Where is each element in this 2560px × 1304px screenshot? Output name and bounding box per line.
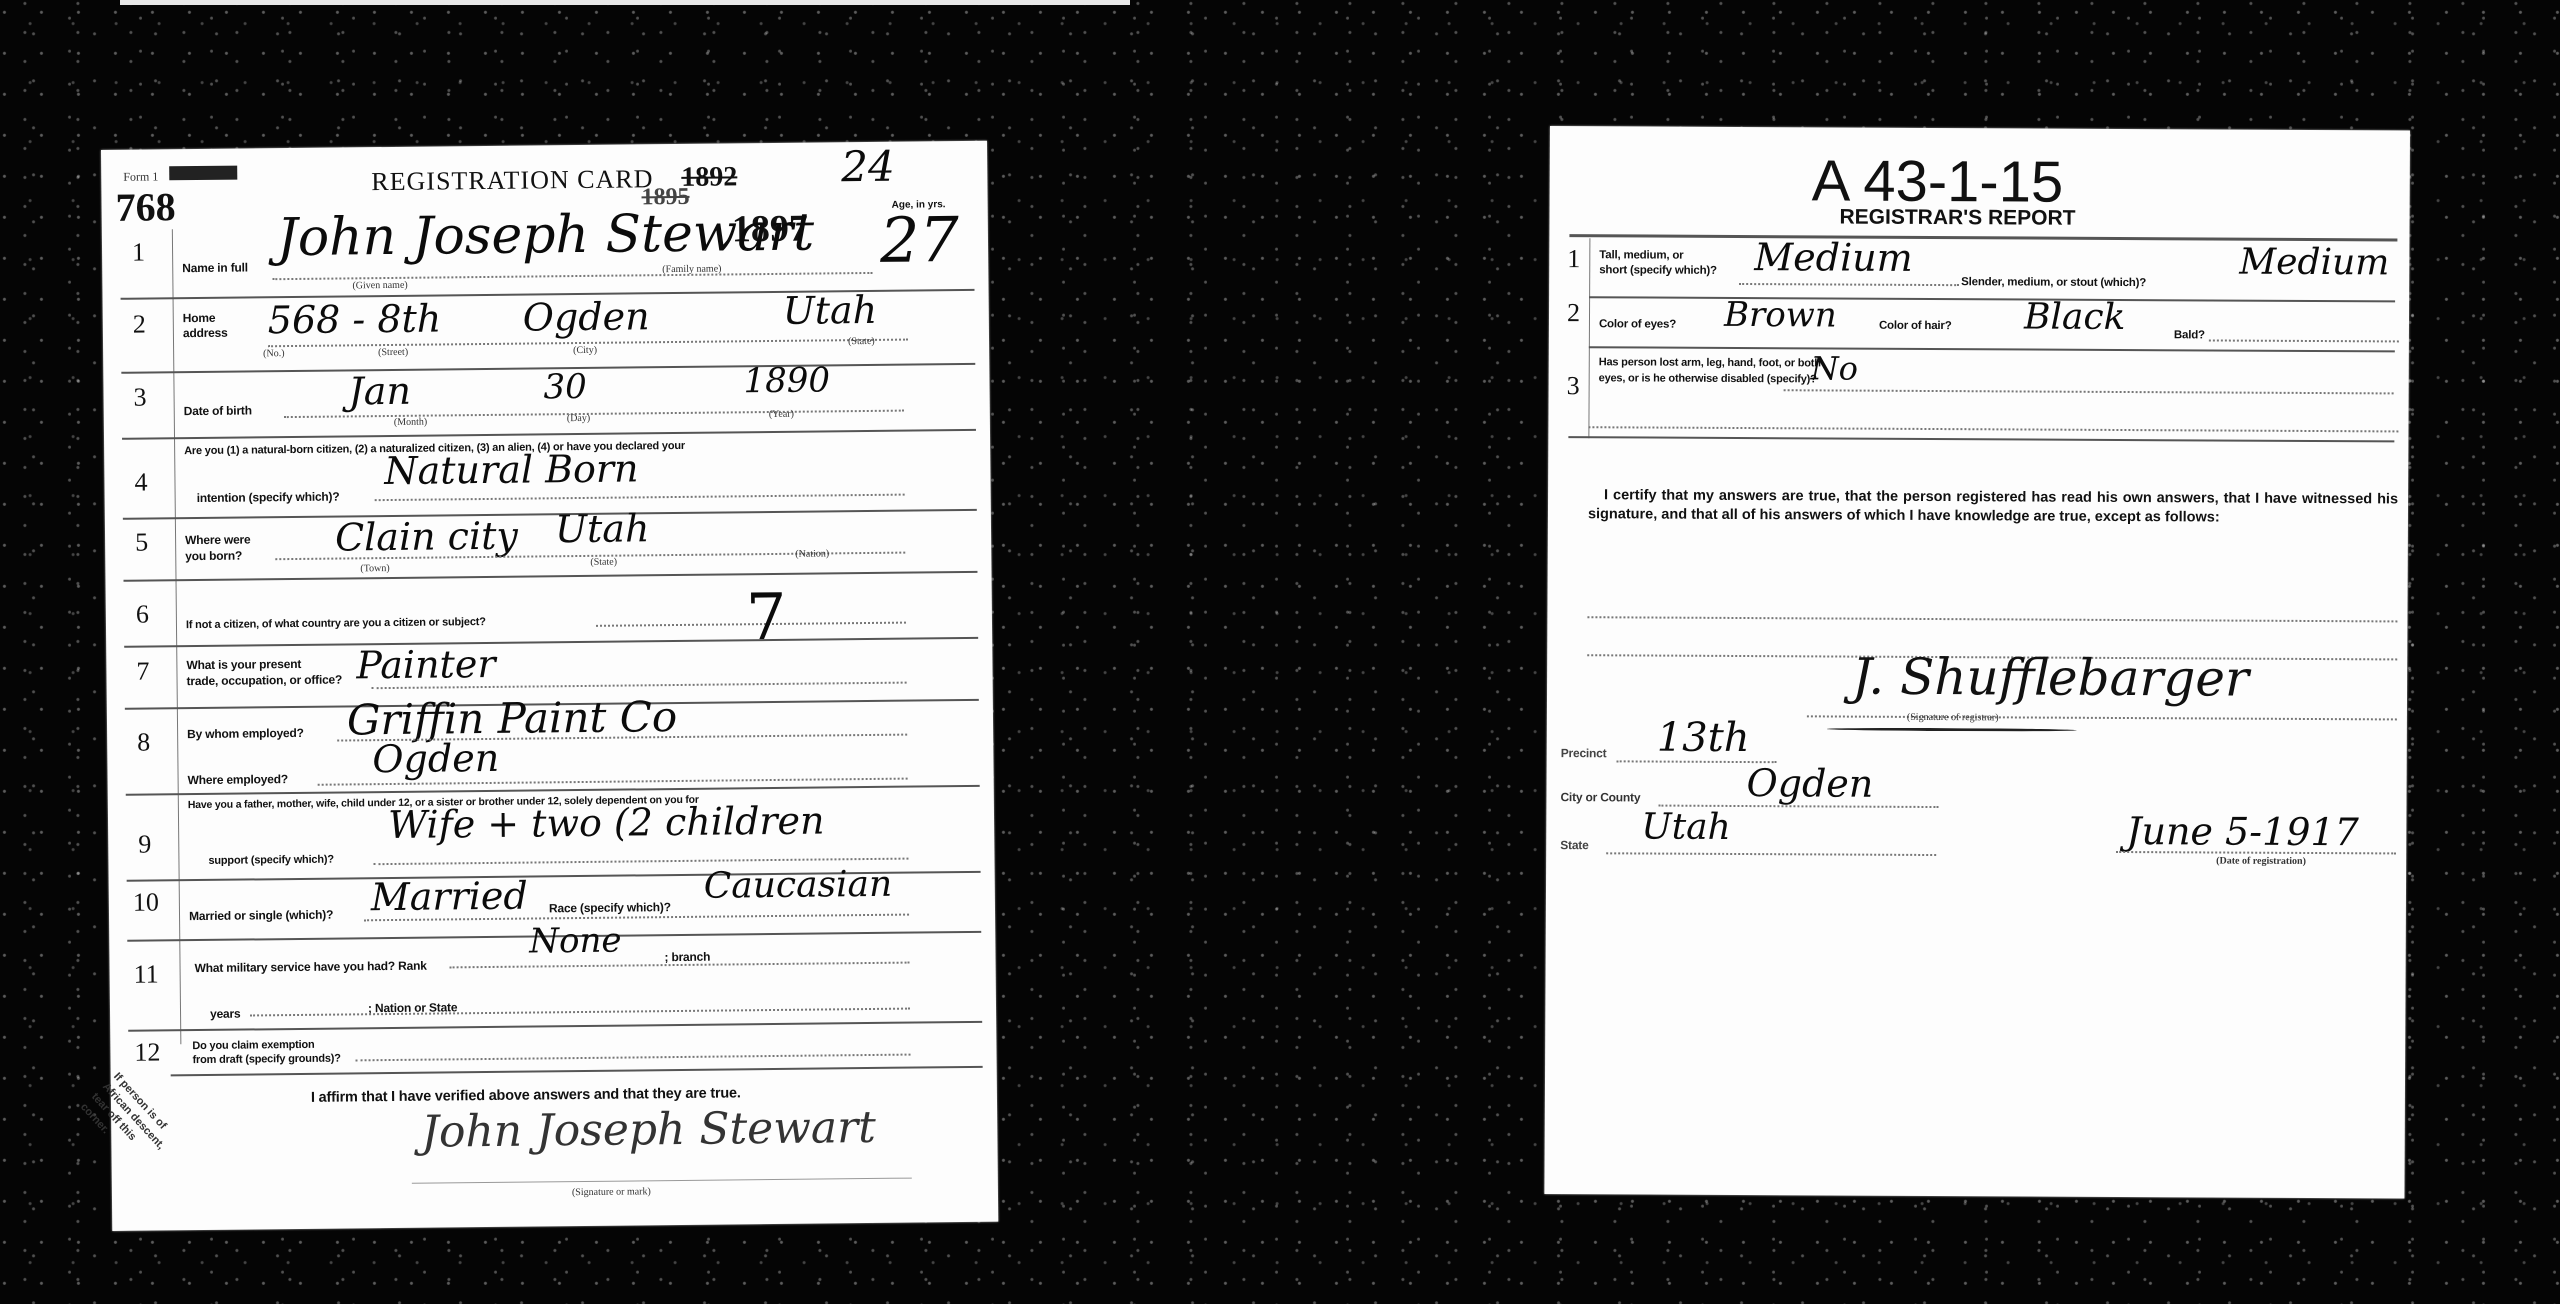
serial-number: 768 xyxy=(115,183,175,231)
military-rank-value: None xyxy=(529,921,622,962)
address-number-value: 568 - 8th xyxy=(268,296,442,342)
registrant-signature: John Joseph Stewart xyxy=(421,1102,876,1158)
address-label: Homeaddress xyxy=(183,311,228,341)
age-value: 27 xyxy=(880,203,960,277)
struck-year: 1892 xyxy=(681,161,737,194)
registration-card: Form 1 768 REGISTRATION CARD 1892 1895 2… xyxy=(101,141,998,1231)
state-label: State xyxy=(1560,838,1588,852)
city-county-label: City or County xyxy=(1560,790,1640,804)
branch-label: ; branch xyxy=(664,950,710,964)
birthplace-label: Where wereyou born? xyxy=(185,531,251,564)
address-state-value: Utah xyxy=(782,288,877,333)
corner-note: If person is of African descent, tear of… xyxy=(76,1070,178,1174)
card-title: REGISTRATION CARD xyxy=(371,164,653,197)
employer-label: By whom employed? xyxy=(187,726,304,741)
adjacent-card-edge xyxy=(120,0,1130,5)
dob-year-value: 1890 xyxy=(743,360,830,401)
birthplace-town-value: Clain city xyxy=(335,514,518,560)
occupation-value: Painter xyxy=(356,642,496,687)
affirmation-text: I affirm that I have verified above answ… xyxy=(311,1085,741,1106)
marital-status-label: Married or single (which)? xyxy=(189,908,333,924)
precinct-value: 13th xyxy=(1657,715,1750,761)
name-value: John Joseph Stewart xyxy=(277,203,815,269)
race-label: Race (specify which)? xyxy=(549,900,671,915)
registrar-caption: (Signature of registrar) xyxy=(1907,712,1999,723)
height-label: Tall, medium, orshort (specify which)? xyxy=(1599,248,1717,279)
height-value: Medium xyxy=(1754,235,1913,280)
report-title: REGISTRAR'S REPORT xyxy=(1839,206,2075,231)
military-service-label: What military service have you had? Rank xyxy=(194,959,426,975)
occupation-label: What is your presenttrade, occupation, o… xyxy=(186,656,342,690)
hair-color-value: Black xyxy=(2024,296,2126,338)
city-county-value: Ogden xyxy=(1746,761,1873,806)
dob-day-value: 30 xyxy=(543,367,587,407)
address-city-value: Ogden xyxy=(523,294,650,339)
signature-underline xyxy=(1827,727,2077,731)
dob-month-value: Jan xyxy=(348,369,411,414)
exemption-label: Do you claim exemptionfrom draft (specif… xyxy=(192,1038,341,1068)
margin-line xyxy=(172,229,182,1044)
signature-caption: (Signature or mark) xyxy=(572,1186,651,1198)
hair-color-label: Color of hair? xyxy=(1879,320,1952,332)
build-label: Slender, medium, or stout (which)? xyxy=(1961,276,2146,289)
state-value: Utah xyxy=(1641,806,1731,847)
employment-place-value: Ogden xyxy=(372,736,499,781)
precinct-label: Precinct xyxy=(1561,746,1607,760)
marital-status-value: Married xyxy=(371,874,528,920)
race-value: Caucasian xyxy=(704,864,893,907)
handwritten-age-note: 24 xyxy=(841,142,895,192)
eye-color-value: Brown xyxy=(1724,295,1837,336)
dob-label: Date of birth xyxy=(184,403,252,418)
birthplace-state-value: Utah xyxy=(555,506,650,551)
disability-value: No xyxy=(1811,349,1858,387)
build-value: Medium xyxy=(2239,242,2389,284)
disability-label: Has person lost arm, leg, hand, foot, or… xyxy=(1599,354,1821,387)
years-label: years xyxy=(210,1007,241,1021)
registrar-report-card: A 43-1-15 REGISTRAR'S REPORT 1 Tall, med… xyxy=(1544,126,2410,1198)
field-number: 1 xyxy=(132,238,145,268)
employment-place-label: Where employed? xyxy=(188,772,289,787)
citizenship-value: Natural Born xyxy=(384,446,639,493)
bald-label: Bald? xyxy=(2174,329,2205,341)
struck-out-number xyxy=(169,166,237,181)
registration-date-caption: (Date of registration) xyxy=(2216,855,2306,866)
tally-mark: 7 xyxy=(746,581,787,655)
eye-color-label: Color of eyes? xyxy=(1599,318,1676,330)
certification-text: I certify that my answers are true, that… xyxy=(1588,486,2398,528)
foreign-citizenship-label: If not a citizen, of what country are yo… xyxy=(186,616,486,631)
dependents-value: Wife + two (2 children xyxy=(388,798,825,847)
name-label: Name in full xyxy=(182,260,248,275)
registrar-signature: J. Shufflebarger xyxy=(1852,648,2249,708)
registration-date-value: June 5-1917 xyxy=(2126,809,2359,854)
